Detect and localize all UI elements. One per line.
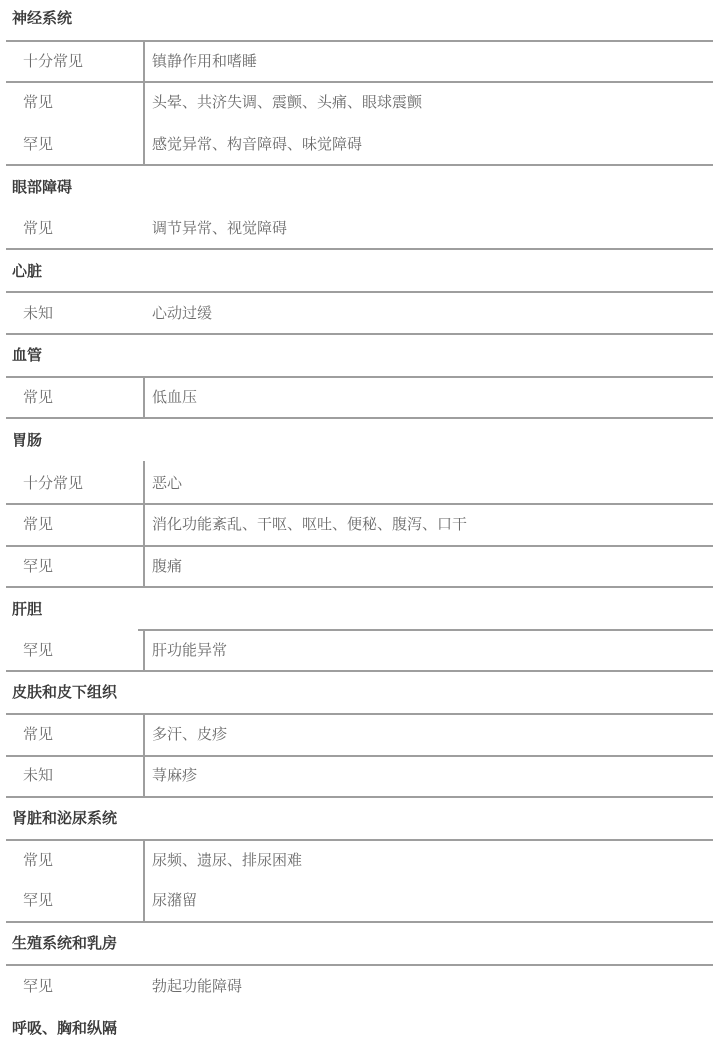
frequency-cell: 十分常见 — [23, 472, 83, 494]
column-divider — [143, 630, 145, 671]
section-header-nervous-system: 神经系统 — [12, 7, 72, 29]
column-divider — [143, 41, 145, 165]
effects-cell: 荨麻疹 — [152, 764, 197, 786]
table-border — [6, 164, 713, 166]
table-border — [6, 796, 713, 798]
table-border — [6, 40, 713, 42]
effects-cell: 勃起功能障碍 — [152, 975, 242, 997]
effects-cell: 低血压 — [152, 386, 197, 408]
frequency-cell: 罕见 — [23, 133, 53, 155]
row-divider — [6, 81, 713, 83]
effects-cell: 消化功能紊乱、干呕、呕吐、便秘、腹泻、口干 — [152, 513, 467, 535]
table-border — [6, 376, 713, 378]
column-divider — [143, 461, 145, 587]
column-divider — [143, 377, 145, 418]
row-divider — [6, 545, 713, 547]
row-divider — [6, 503, 713, 505]
column-divider — [143, 840, 145, 922]
frequency-cell: 罕见 — [23, 889, 53, 911]
section-header-vascular: 血管 — [12, 344, 42, 366]
effects-cell: 多汗、皮疹 — [152, 723, 227, 745]
frequency-cell: 未知 — [23, 302, 53, 324]
frequency-cell: 常见 — [23, 513, 53, 535]
frequency-cell: 常见 — [23, 849, 53, 871]
effects-cell: 头晕、共济失调、震颤、头痛、眼球震颤 — [152, 91, 422, 113]
table-border — [6, 964, 713, 966]
section-header-renal-urinary: 肾脏和泌尿系统 — [12, 807, 117, 829]
section-header-respiratory: 呼吸、胸和纵隔 — [12, 1017, 117, 1039]
frequency-cell: 常见 — [23, 386, 53, 408]
section-header-reproductive: 生殖系统和乳房 — [12, 932, 117, 954]
effects-cell: 镇静作用和嗜睡 — [152, 50, 257, 72]
table-border — [6, 417, 713, 419]
table-border — [138, 629, 713, 631]
effects-cell: 尿频、遗尿、排尿困难 — [152, 849, 302, 871]
frequency-cell: 常见 — [23, 91, 53, 113]
section-header-hepatobiliary: 肝胆 — [12, 598, 42, 620]
table-border — [6, 713, 713, 715]
table-border — [6, 333, 713, 335]
effects-cell: 肝功能异常 — [152, 639, 227, 661]
effects-cell: 感觉异常、构音障碍、味觉障碍 — [152, 133, 362, 155]
effects-cell: 心动过缓 — [152, 302, 212, 324]
section-header-cardiac: 心脏 — [12, 260, 42, 282]
frequency-cell: 常见 — [23, 217, 53, 239]
effects-cell: 腹痛 — [152, 555, 182, 577]
table-border — [6, 839, 713, 841]
effects-cell: 尿潴留 — [152, 889, 197, 911]
section-header-gastrointestinal: 胃肠 — [12, 429, 42, 451]
frequency-cell: 未知 — [23, 764, 53, 786]
effects-cell: 恶心 — [152, 472, 182, 494]
frequency-cell: 罕见 — [23, 555, 53, 577]
table-border — [6, 291, 713, 293]
frequency-cell: 罕见 — [23, 639, 53, 661]
section-header-eye-disorders: 眼部障碍 — [12, 176, 72, 198]
frequency-cell: 常见 — [23, 723, 53, 745]
row-divider — [6, 755, 713, 757]
frequency-cell: 罕见 — [23, 975, 53, 997]
section-header-skin: 皮肤和皮下组织 — [12, 681, 117, 703]
table-border — [6, 670, 713, 672]
table-border — [6, 248, 713, 250]
frequency-cell: 十分常见 — [23, 50, 83, 72]
table-border — [6, 586, 713, 588]
effects-cell: 调节异常、视觉障碍 — [152, 217, 287, 239]
table-border — [6, 921, 713, 923]
